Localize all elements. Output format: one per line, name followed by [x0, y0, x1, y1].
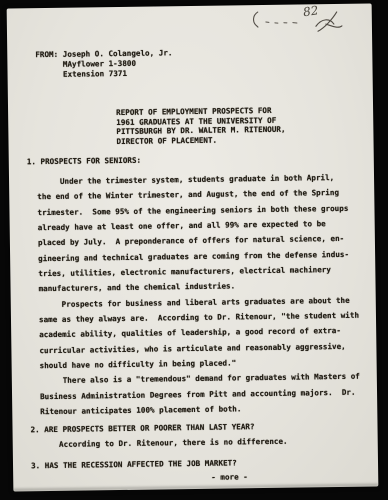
section-2-heading: 2. ARE PROSPECTS BETTER OR POORER THAN L…	[30, 422, 254, 435]
pen-scribble-dashes	[266, 22, 297, 24]
document-title: REPORT OF EMPLOYMENT PROSPECTS FOR1961 G…	[116, 106, 286, 147]
handwritten-annotation: 82	[242, 2, 354, 38]
pen-flourish-x	[316, 12, 342, 31]
handwritten-number: 82	[302, 3, 319, 19]
from-line: Extension 7371	[36, 68, 173, 80]
section-2-answer: According to Dr. Ritenour, there is no d…	[41, 437, 288, 450]
title-line: DIRECTOR OF PLACEMENT.	[116, 134, 285, 146]
section-3-heading: 3. HAS THE RECESSION AFFECTED THE JOB MA…	[31, 458, 237, 471]
scan-edge-smudge	[13, 483, 378, 491]
section-1-heading: 1. PROSPECTS FOR SENIORS:	[27, 156, 141, 168]
document-line: Ritenour anticipates 100% placement of b…	[40, 400, 360, 420]
more-continuation-mark: - more -	[211, 472, 248, 483]
body-paragraphs: Under the trimester system, students gra…	[37, 170, 360, 420]
paper-sheet: 82 FROM: Joseph O. Colangelo, Jr. MAyflo…	[7, 3, 379, 491]
from-address-block: FROM: Joseph O. Colangelo, Jr. MAyflower…	[35, 48, 173, 80]
pen-scribble-curve	[253, 12, 257, 27]
scanned-memo-page: 82 FROM: Joseph O. Colangelo, Jr. MAyflo…	[0, 0, 388, 500]
